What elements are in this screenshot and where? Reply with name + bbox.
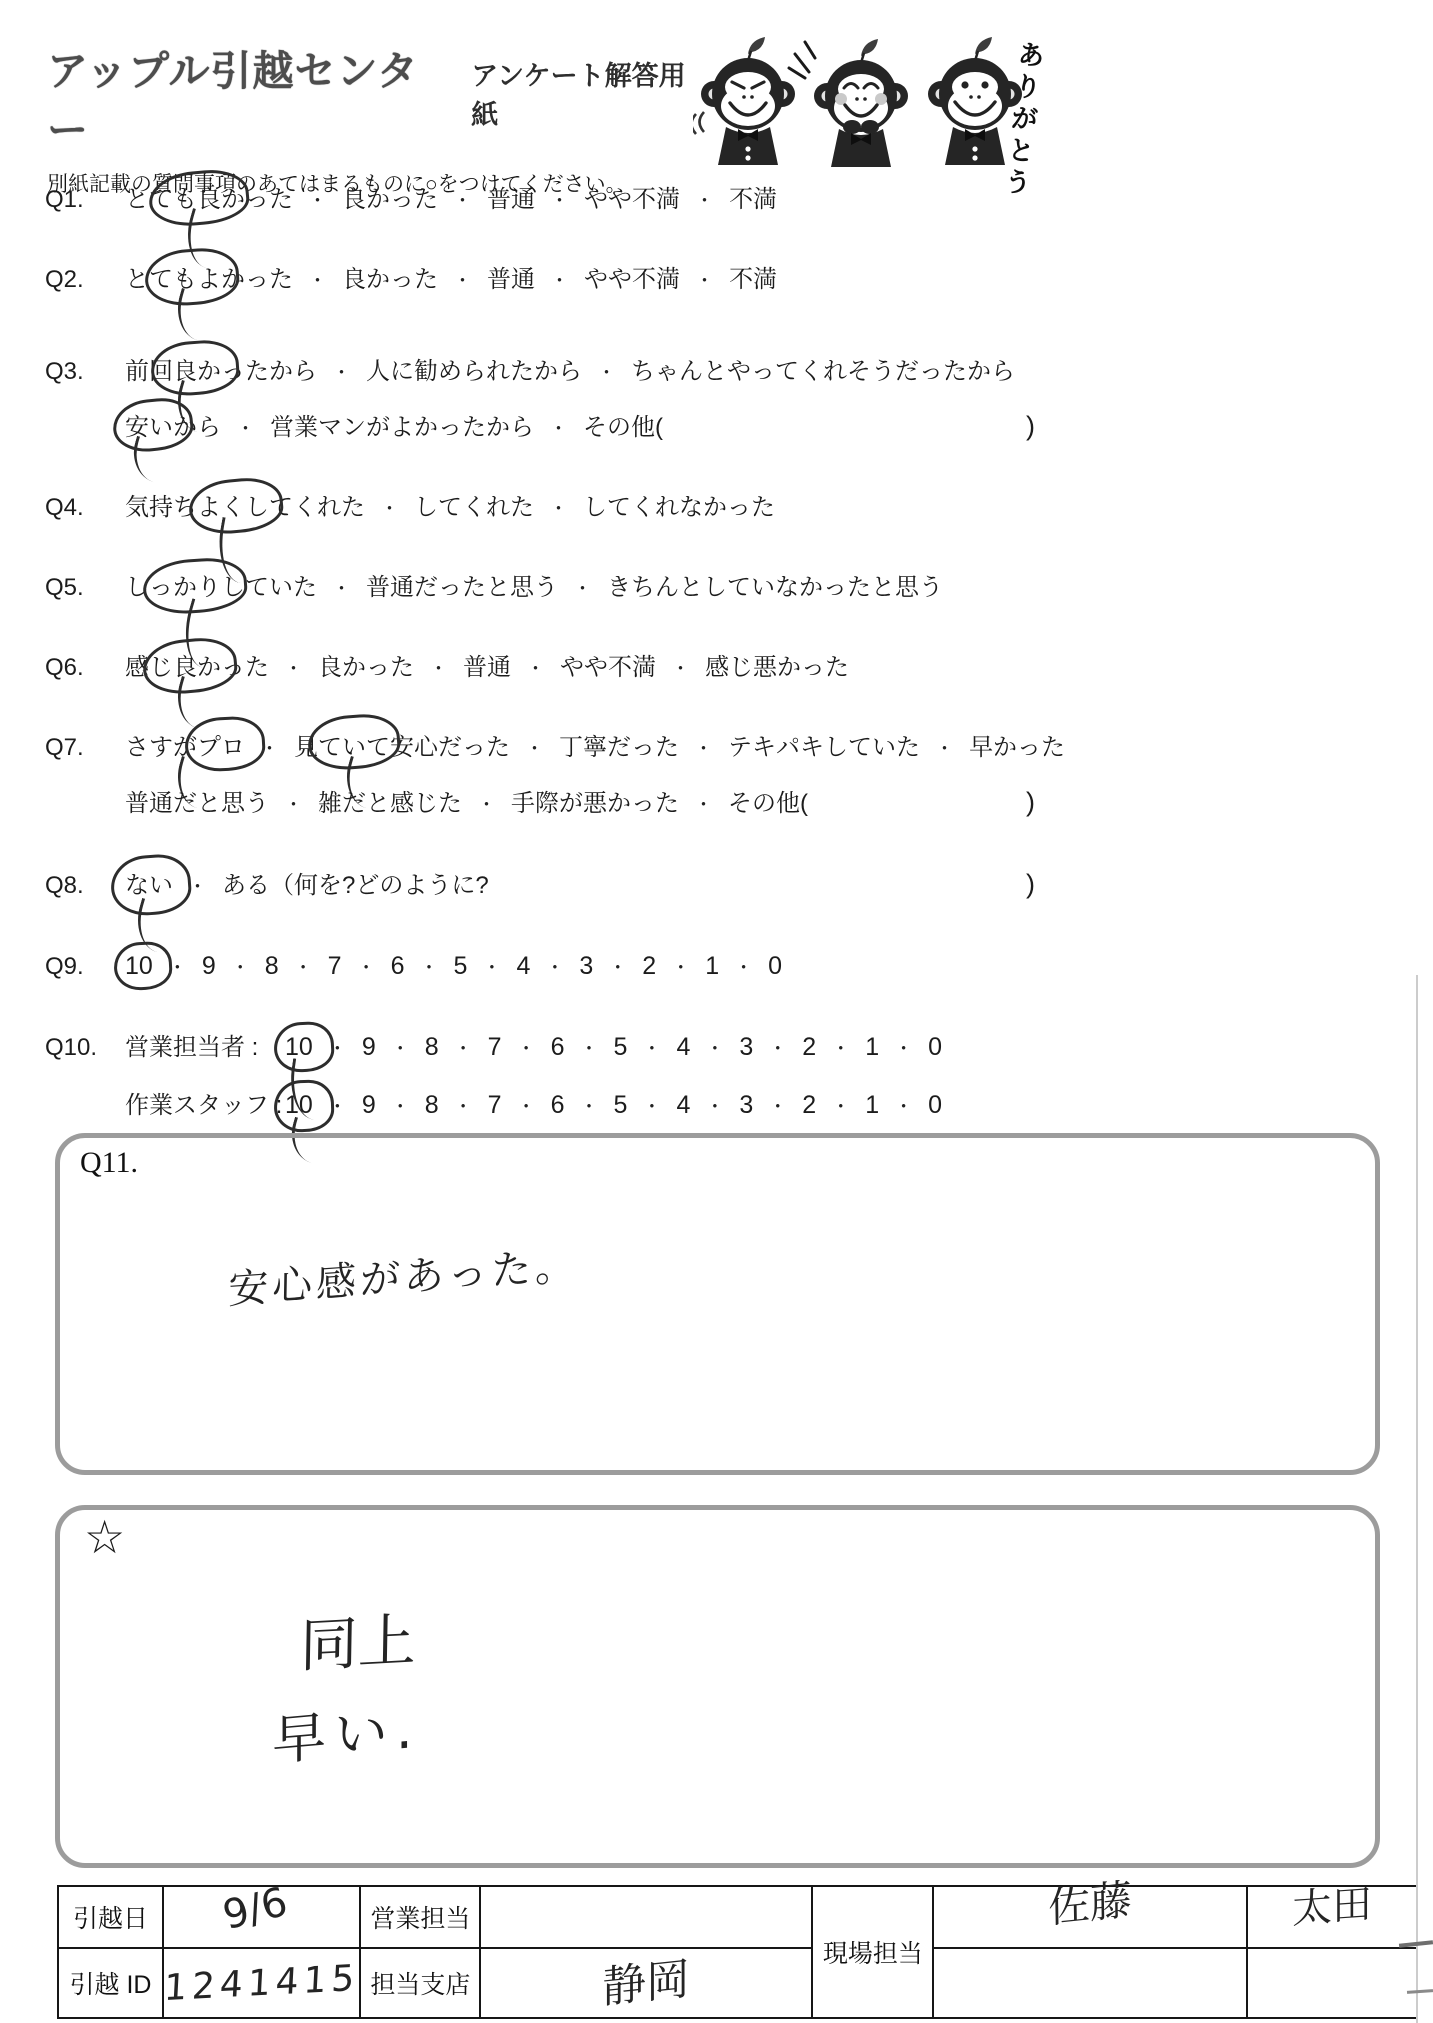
score: 6 <box>391 951 405 981</box>
separator: ・ <box>328 1035 347 1065</box>
question-number: Q1. <box>45 185 125 215</box>
separator: ・ <box>357 954 376 984</box>
separator: ・ <box>705 1093 724 1123</box>
move-date-label: 引越日 <box>58 1886 163 1948</box>
options: 感じ良かった・良かった・普通・やや不満・感じ悪かった <box>125 653 1055 685</box>
sales-rep-cell <box>480 1886 812 1948</box>
option: やや不満 <box>584 185 680 215</box>
separator: ・ <box>328 1093 347 1123</box>
handwritten-answer-q11: 安心感があった。 <box>228 1234 580 1316</box>
score: 7 <box>488 1090 502 1120</box>
score-circled: 10 <box>285 1032 313 1062</box>
brand-title: アップル引越センター <box>47 38 451 156</box>
separator: ・ <box>231 954 250 984</box>
separator: ・ <box>332 575 351 605</box>
separator: ・ <box>768 1093 787 1123</box>
score-scale: 10・9・8・7・6・5・4・3・2・1・0 <box>285 1090 1055 1123</box>
monkey-illustration <box>693 30 1033 170</box>
survey-sheet-scan: アップル引越センター アンケート解答用紙 別紙記載の質問事項のあてはまるものに○… <box>0 0 1433 2023</box>
footer-table: 引越日 9/6 営業担当 現場担当 佐藤 太田 引越 ID 1241415 担当… <box>57 1885 1418 2019</box>
separator: ・ <box>734 954 753 984</box>
option-circled: とても良かった <box>125 185 293 215</box>
separator: ・ <box>671 954 690 984</box>
move-id-cell: 1241415 <box>163 1948 360 2018</box>
question-row-q8: Q8. ない・ある（何を?どのように? ) <box>45 869 1055 903</box>
sales-rep-label: 営業担当 <box>360 1886 480 1948</box>
options: とても良かった・良かった・普通・やや不満・不満 <box>125 185 1055 217</box>
score: 3 <box>579 951 593 981</box>
score-circled: 10 <box>285 1090 313 1120</box>
separator: ・ <box>642 1035 661 1065</box>
option: 不満 <box>729 185 777 215</box>
separator: ・ <box>894 1035 913 1065</box>
score: 0 <box>768 951 782 981</box>
separator: ・ <box>831 1093 850 1123</box>
separator: ・ <box>168 954 187 984</box>
separator: ・ <box>308 187 327 217</box>
handwritten-move-id: 1241415 <box>163 1957 360 2008</box>
option-circled: さすがプロ <box>125 733 245 763</box>
question-number: Q2. <box>45 265 125 295</box>
site-crew-cell-1-bottom <box>933 1948 1247 2018</box>
separator: ・ <box>935 735 954 765</box>
option-circled: 安いから <box>125 413 221 443</box>
option: やや不満 <box>584 265 680 295</box>
score: 4 <box>676 1032 690 1062</box>
monkey-mascot-1 <box>693 37 795 165</box>
question-number: Q3. <box>45 357 125 387</box>
score-circled: 10 <box>125 951 153 981</box>
handwritten-line-2: 早い. <box>272 1685 421 1775</box>
option: 良かった <box>318 653 414 683</box>
option: 普通だったと思う <box>366 573 558 603</box>
score-scale: 10・9・8・7・6・5・4・3・2・1・0 <box>285 1032 1055 1065</box>
site-crew-label: 現場担当 <box>812 1886 933 2018</box>
star-icon: ☆ <box>84 1514 125 1560</box>
option: 普通だと思う <box>125 789 269 819</box>
separator: ・ <box>580 1093 599 1123</box>
option: ちゃんとやってくれそうだったから <box>631 357 1015 387</box>
score: 9 <box>202 951 216 981</box>
score: 1 <box>865 1090 879 1120</box>
separator: ・ <box>380 495 399 525</box>
separator: ・ <box>695 187 714 217</box>
separator: ・ <box>391 1035 410 1065</box>
separator: ・ <box>694 791 713 821</box>
option: 丁寧だった <box>559 733 679 763</box>
site-crew-cell-2-bottom <box>1247 1948 1417 2018</box>
options: とてもよかった・良かった・普通・やや不満・不満 <box>125 265 1055 297</box>
separator: ・ <box>517 1093 536 1123</box>
separator: ・ <box>236 415 255 445</box>
monkey-mascot-2 <box>789 39 908 167</box>
option: 良かった <box>342 265 438 295</box>
option-circled: 気持ちよくしてくれた <box>125 493 365 523</box>
mascot-monkeys <box>693 30 1033 170</box>
score: 6 <box>551 1090 565 1120</box>
options: 安いから・営業マンがよかったから・その他( ) <box>125 411 1055 445</box>
separator: ・ <box>768 1035 787 1065</box>
separator: ・ <box>391 1093 410 1123</box>
question-row-q1: Q1. とても良かった・良かった・普通・やや不満・不満 <box>45 185 1055 217</box>
handwritten-move-date: 9/6 <box>219 1879 293 1939</box>
score: 1 <box>705 951 719 981</box>
score: 7 <box>328 951 342 981</box>
score: 0 <box>928 1032 942 1062</box>
score: 4 <box>516 951 530 981</box>
question-row-q2: Q2. とてもよかった・良かった・普通・やや不満・不満 <box>45 265 1055 297</box>
question-number: Q9. <box>45 952 125 982</box>
separator: ・ <box>332 359 351 389</box>
handwritten-crew-name-1: 佐藤 <box>1048 1866 1133 1935</box>
score: 8 <box>265 951 279 981</box>
q11-comment-box: Q11. 安心感があった。 <box>55 1133 1380 1475</box>
separator: ・ <box>694 735 713 765</box>
option-circled: しっかりしていた <box>125 573 317 603</box>
separator: ・ <box>453 267 472 297</box>
handwritten-line-1: 同上 <box>299 1593 416 1683</box>
move-date-cell: 9/6 <box>163 1886 360 1948</box>
option: 良かった <box>342 185 438 215</box>
score: 8 <box>425 1090 439 1120</box>
score: 1 <box>865 1032 879 1062</box>
separator: ・ <box>549 495 568 525</box>
site-crew-cell-2: 太田 <box>1247 1886 1417 1948</box>
option-circled: 見ていて安心だった <box>294 733 510 763</box>
option: その他( <box>583 413 663 443</box>
score: 9 <box>362 1032 376 1062</box>
option: ある（何を?どのように? <box>222 871 489 901</box>
option: 人に勧められたから <box>366 357 582 387</box>
separator: ・ <box>525 735 544 765</box>
separator: ・ <box>517 1035 536 1065</box>
question-number: Q6. <box>45 653 125 683</box>
separator: ・ <box>573 575 592 605</box>
separator: ・ <box>477 791 496 821</box>
separator: ・ <box>454 1093 473 1123</box>
options: 気持ちよくしてくれた・してくれた・してくれなかった <box>125 493 1055 525</box>
option-circled: ない <box>125 871 173 901</box>
question-row-q9: Q9. 10・9・8・7・6・5・4・3・2・1・0 <box>45 951 1055 984</box>
option: 普通 <box>487 185 535 215</box>
options: しっかりしていた・普通だったと思う・きちんとしていなかったと思う <box>125 573 1055 605</box>
handwritten-branch: 静岡 <box>603 1942 691 2016</box>
q11-label: Q11. <box>80 1146 138 1180</box>
score-scale: 10・9・8・7・6・5・4・3・2・1・0 <box>125 951 1055 984</box>
questions: Q1. とても良かった・良かった・普通・やや不満・不満 Q2. とてもよかった・… <box>45 185 1055 1171</box>
star-comment-box: ☆ 同上 早い. <box>55 1505 1380 1868</box>
separator: ・ <box>294 954 313 984</box>
question-number: Q10. <box>45 1033 125 1063</box>
scan-artifact-mark <box>1407 1989 1433 1994</box>
options: 前回良かったから・人に勧められたから・ちゃんとやってくれそうだったから <box>125 357 1055 389</box>
separator: ・ <box>705 1035 724 1065</box>
handwritten-crew-name-2: 太田 <box>1292 1872 1372 1935</box>
separator: ・ <box>453 187 472 217</box>
question-row-q10-sales: Q10. 営業担当者 : 10・9・8・7・6・5・4・3・2・1・0 <box>45 1032 1055 1065</box>
question-row-q7-line2: 普通だと思う・雑だと感じた・手際が悪かった・その他( ) <box>45 787 1055 821</box>
separator: ・ <box>526 655 545 685</box>
separator: ・ <box>550 267 569 297</box>
site-crew-cell-1: 佐藤 <box>933 1886 1247 1948</box>
score: 4 <box>676 1090 690 1120</box>
option: してくれなかった <box>583 493 775 523</box>
separator: ・ <box>420 954 439 984</box>
score: 3 <box>739 1090 753 1120</box>
option-circled: 感じ良かった <box>125 653 269 683</box>
close-paren: ) <box>1026 787 1035 817</box>
question-number: Q8. <box>45 871 125 901</box>
separator: ・ <box>580 1035 599 1065</box>
score: 2 <box>802 1032 816 1062</box>
option: やや不満 <box>560 653 656 683</box>
question-row-q3-line2: 安いから・営業マンがよかったから・その他( ) <box>45 411 1055 445</box>
option: テキパキしていた <box>728 733 920 763</box>
score: 2 <box>802 1090 816 1120</box>
separator: ・ <box>260 735 279 765</box>
branch-cell: 静岡 <box>480 1948 812 2018</box>
separator: ・ <box>695 267 714 297</box>
separator: ・ <box>188 873 207 903</box>
separator: ・ <box>550 187 569 217</box>
question-row-q7-line1: Q7. さすがプロ・見ていて安心だった・丁寧だった・テキパキしていた・早かった <box>45 733 1055 765</box>
separator: ・ <box>454 1035 473 1065</box>
option: 普通 <box>487 265 535 295</box>
score: 5 <box>614 1090 628 1120</box>
option: 早かった <box>969 733 1065 763</box>
form-title: アンケート解答用紙 <box>471 54 707 132</box>
question-row-q3-line1: Q3. 前回良かったから・人に勧められたから・ちゃんとやってくれそうだったから <box>45 357 1055 389</box>
subrow-label: 作業スタッフ : <box>125 1091 285 1121</box>
options: ない・ある（何を?どのように? ) <box>125 869 1055 903</box>
separator: ・ <box>284 655 303 685</box>
options: さすがプロ・見ていて安心だった・丁寧だった・テキパキしていた・早かった <box>125 733 1065 765</box>
question-number: Q7. <box>45 733 125 763</box>
score: 5 <box>454 951 468 981</box>
separator: ・ <box>608 954 627 984</box>
move-id-label: 引越 ID <box>58 1948 163 2018</box>
option: 営業マンがよかったから <box>270 413 534 443</box>
branch-label: 担当支店 <box>360 1948 480 2018</box>
subrow-label: 営業担当者 : <box>125 1033 285 1063</box>
question-row-q10-staff: 作業スタッフ : 10・9・8・7・6・5・4・3・2・1・0 <box>45 1090 1055 1123</box>
option: してくれた <box>414 493 534 523</box>
scan-artifact-line <box>1416 975 1418 2023</box>
title-line: アップル引越センター アンケート解答用紙 <box>47 38 707 156</box>
score: 2 <box>642 951 656 981</box>
separator: ・ <box>642 1093 661 1123</box>
score: 9 <box>362 1090 376 1120</box>
score: 6 <box>551 1032 565 1062</box>
separator: ・ <box>597 359 616 389</box>
option: 雑だと感じた <box>318 789 462 819</box>
separator: ・ <box>308 267 327 297</box>
question-number: Q5. <box>45 573 125 603</box>
option: その他( <box>728 789 808 819</box>
separator: ・ <box>284 791 303 821</box>
option-circled: 前回良かったから <box>125 357 317 387</box>
score: 7 <box>488 1032 502 1062</box>
option: 手際が悪かった <box>511 789 679 819</box>
separator: ・ <box>549 415 568 445</box>
option: 不満 <box>729 265 777 295</box>
options: 普通だと思う・雑だと感じた・手際が悪かった・その他( ) <box>125 787 1055 821</box>
score: 3 <box>739 1032 753 1062</box>
close-paren: ) <box>1026 869 1035 899</box>
separator: ・ <box>429 655 448 685</box>
question-row-q6: Q6. 感じ良かった・良かった・普通・やや不満・感じ悪かった <box>45 653 1055 685</box>
header: アップル引越センター アンケート解答用紙 別紙記載の質問事項のあてはまるものに○… <box>47 38 707 198</box>
separator: ・ <box>831 1035 850 1065</box>
option: 普通 <box>463 653 511 683</box>
option-circled: とてもよかった <box>125 265 293 295</box>
score: 0 <box>928 1090 942 1120</box>
close-paren: ) <box>1026 411 1035 441</box>
separator: ・ <box>482 954 501 984</box>
score: 8 <box>425 1032 439 1062</box>
separator: ・ <box>894 1093 913 1123</box>
question-row-q4: Q4. 気持ちよくしてくれた・してくれた・してくれなかった <box>45 493 1055 525</box>
question-number: Q4. <box>45 493 125 523</box>
separator: ・ <box>671 655 690 685</box>
question-row-q5: Q5. しっかりしていた・普通だったと思う・きちんとしていなかったと思う <box>45 573 1055 605</box>
separator: ・ <box>545 954 564 984</box>
option: きちんとしていなかったと思う <box>607 573 943 603</box>
score: 5 <box>614 1032 628 1062</box>
option: 感じ悪かった <box>705 653 849 683</box>
